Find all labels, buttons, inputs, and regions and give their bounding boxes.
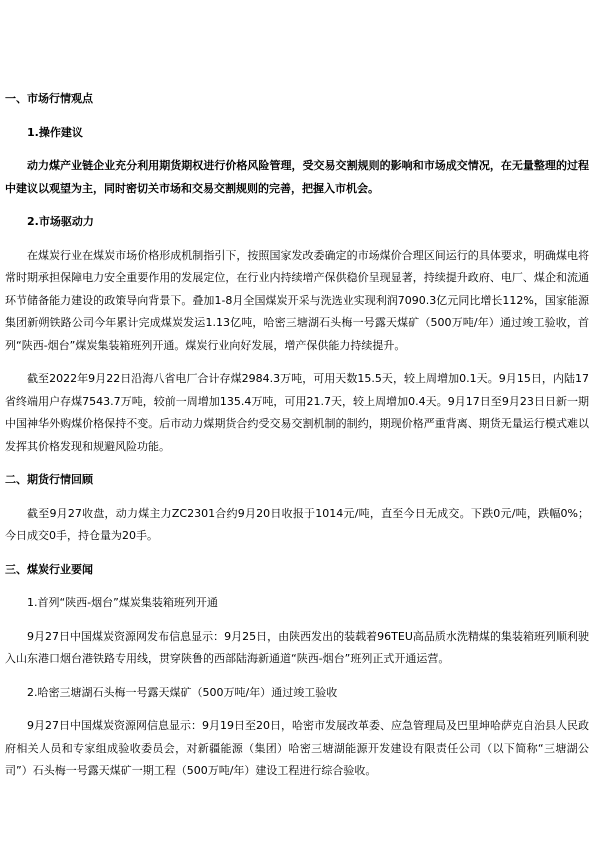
subsection-heading-operation-advice: 1.操作建议	[5, 122, 589, 145]
paragraph-news-2: 9月27日中国煤炭资源网信息显示：9月19日至20日，哈密市发展改革委、应急管理…	[5, 715, 589, 783]
subsection-heading-news-1: 1.首列“陕西-烟台”煤炭集装箱班列开通	[5, 592, 589, 615]
paragraph-operation-advice: 动力煤产业链企业充分利用期货期权进行价格风险管理，受交易交割规则的影响和市场成交…	[5, 155, 589, 200]
paragraph-futures-review: 截至9月27收盘，动力煤主力ZC2301合约9月20日收报于1014元/吨，直至…	[5, 503, 589, 548]
paragraph-market-driver-1: 在煤炭行业在煤炭市场价格形成机制指引下，按照国家发改委确定的市场煤价合理区间运行…	[5, 245, 589, 358]
paragraph-market-driver-2: 截至2022年9月22日沿海八省电厂合计存煤2984.3万吨，可用天数15.5天…	[5, 368, 589, 458]
section-heading-market-view: 一、市场行情观点	[5, 88, 589, 111]
subsection-heading-market-driver: 2.市场驱动力	[5, 211, 589, 234]
document-page: 一、市场行情观点 1.操作建议 动力煤产业链企业充分利用期货期权进行价格风险管理…	[0, 0, 595, 842]
subsection-heading-news-2: 2.哈密三塘湖石头梅一号露天煤矿（500万吨/年）通过竣工验收	[5, 682, 589, 705]
paragraph-news-1: 9月27日中国煤炭资源网发布信息显示：9月25日，由陕西发出的装载着96TEU高…	[5, 626, 589, 671]
section-heading-industry-news: 三、煤炭行业要闻	[5, 559, 589, 582]
section-heading-futures-review: 二、期货行情回顾	[5, 469, 589, 492]
